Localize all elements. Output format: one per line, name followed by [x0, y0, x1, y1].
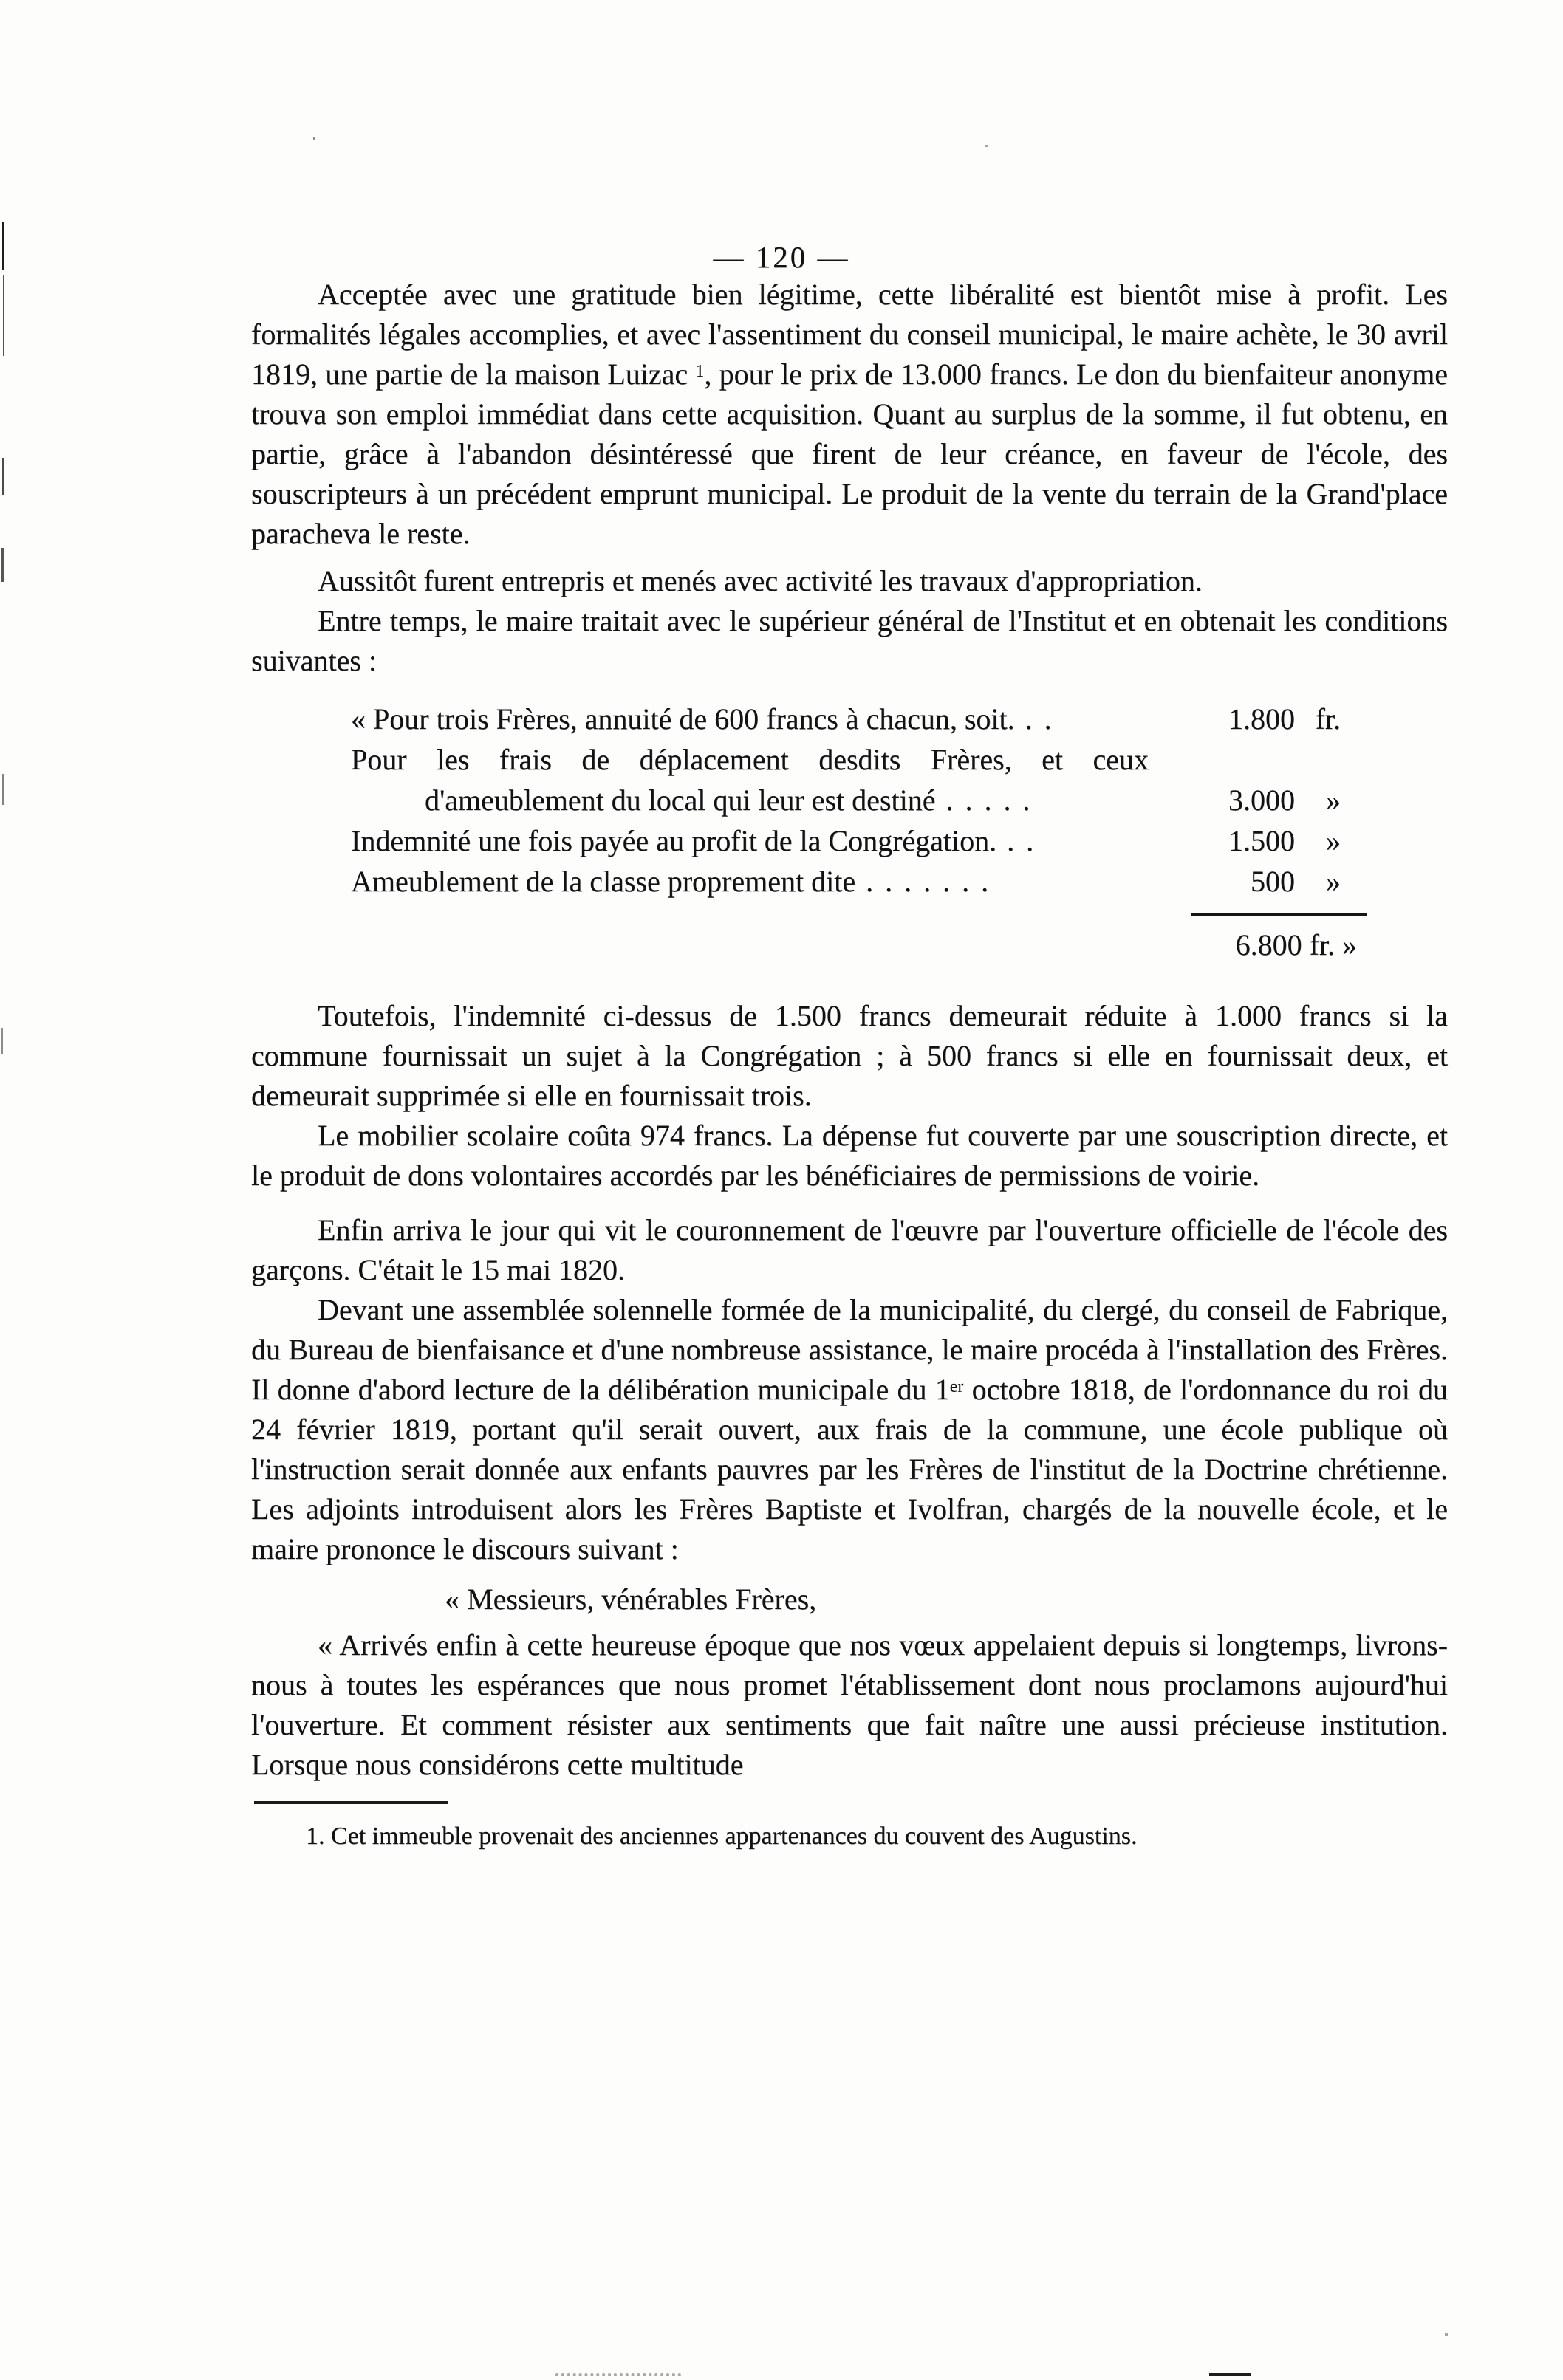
- dot-leader: . .: [1007, 820, 1036, 861]
- scan-artifact: [1209, 2373, 1251, 2376]
- schedule-row: « Pour trois Frères, annuité de 600 fran…: [351, 699, 1341, 739]
- footnote-text: 1. Cet immeuble provenait des anciennes …: [251, 1820, 1448, 1853]
- paragraph-7: Devant une assemblée solennelle formée d…: [251, 1290, 1448, 1569]
- scan-artifact: [1, 548, 4, 582]
- schedule-row: Indemnité une fois payée au profit de la…: [351, 820, 1341, 861]
- scan-artifact: [2, 222, 4, 270]
- scan-artifact: [555, 2373, 681, 2376]
- paragraph-3: Entre temps, le maire traitait avec le s…: [251, 601, 1448, 681]
- scan-artifact: [2, 458, 4, 495]
- schedule-item-label: « Pour trois Frères, annuité de 600 fran…: [351, 699, 1015, 739]
- schedule-row: Pour les frais de déplacement desdits Fr…: [351, 739, 1341, 780]
- dot-leader: . . . . . . .: [866, 861, 991, 902]
- schedule-row: Ameublement de la classe proprement dite…: [351, 861, 1341, 902]
- paragraph-4: Toutefois, l'indemnité ci-dessus de 1.50…: [251, 996, 1448, 1116]
- fee-schedule: « Pour trois Frères, annuité de 600 fran…: [351, 699, 1341, 965]
- schedule-item-unit: »: [1295, 780, 1341, 820]
- scan-artifact: [985, 145, 988, 147]
- paragraph-1: Acceptée avec une gratitude bien légitim…: [251, 275, 1448, 554]
- footnote-marker-1: 1: [695, 362, 704, 381]
- ordinal-superscript: er: [950, 1377, 964, 1396]
- schedule-item-label: d'ameublement du local qui leur est dest…: [425, 780, 935, 820]
- paragraph-9: « Arrivés enfin à cette heureuse époque …: [251, 1625, 1448, 1785]
- scan-artifact: [1, 1028, 3, 1054]
- paragraph-2: Aussitôt furent entrepris et menés avec …: [251, 561, 1448, 601]
- schedule-item-amount: 500: [1184, 861, 1295, 902]
- schedule-item-amount: 1.800: [1184, 699, 1295, 739]
- schedule-item-unit: »: [1295, 861, 1341, 902]
- footnote-divider: [254, 1801, 448, 1804]
- schedule-item-amount: 3.000: [1184, 780, 1295, 820]
- scan-artifact: [2, 774, 4, 805]
- schedule-item-label: Indemnité une fois payée au profit de la…: [351, 820, 996, 861]
- text-block: Acceptée avec une gratitude bien légitim…: [251, 275, 1448, 1853]
- schedule-item-label: Ameublement de la classe proprement dite: [351, 861, 855, 902]
- paragraph-5: Le mobilier scolaire coûta 974 francs. L…: [251, 1116, 1448, 1196]
- paragraph-8: « Messieurs, vénérables Frères,: [251, 1580, 1448, 1619]
- scan-artifact: [313, 137, 315, 140]
- scan-artifact: [3, 275, 4, 356]
- schedule-item-unit: »: [1295, 820, 1341, 861]
- scan-artifact: [1445, 2333, 1448, 2336]
- paragraph-6: Enfin arriva le jour qui vit le couronne…: [251, 1210, 1448, 1290]
- schedule-item-amount: 1.500: [1184, 820, 1295, 861]
- schedule-row: d'ameublement du local qui leur est dest…: [351, 780, 1341, 820]
- total-divider: [1191, 913, 1367, 916]
- dot-leader: . . . . .: [945, 780, 1032, 820]
- schedule-item-label: Pour les frais de déplacement desdits Fr…: [351, 739, 1149, 780]
- page-number: — 120 —: [0, 239, 1563, 275]
- dot-leader: . .: [1025, 699, 1054, 739]
- schedule-total: 6.800 fr. »: [351, 925, 1357, 965]
- book-page: — 120 — Acceptée avec une gratitude bien…: [0, 0, 1563, 2380]
- schedule-item-unit: fr.: [1295, 699, 1341, 739]
